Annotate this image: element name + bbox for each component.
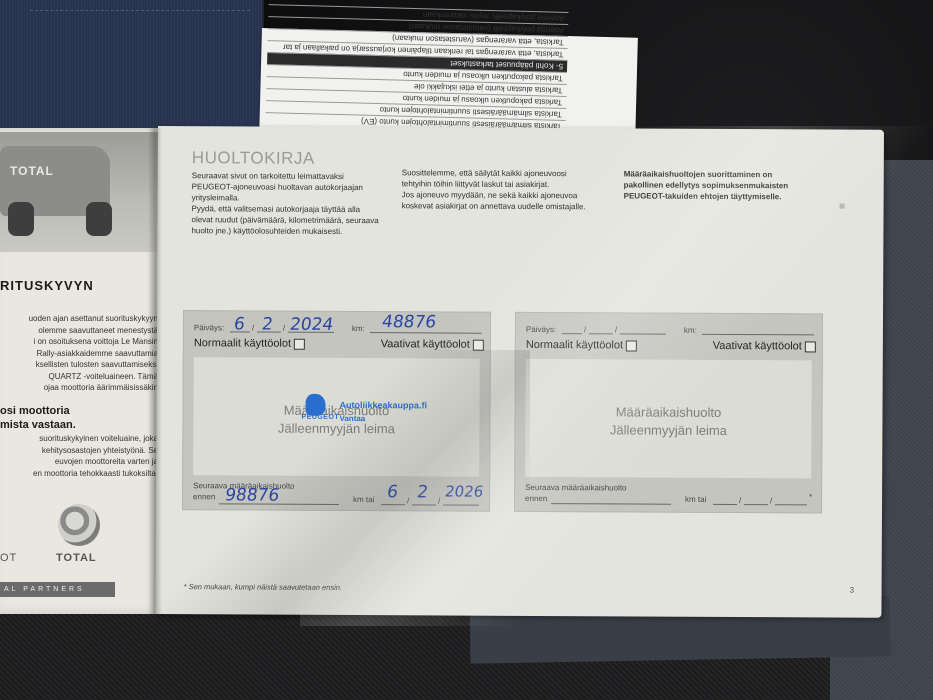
next-day-field[interactable]	[381, 504, 405, 505]
severe-conditions-label: Vaativat käyttöolot	[713, 340, 802, 352]
date-day-field[interactable]	[562, 333, 582, 334]
total-wordmark: TOTAL	[56, 552, 97, 564]
service-record-1: Päiväys: 6 / 2 / 2024 km: 48876 Normaali…	[182, 310, 491, 512]
dealer-stamp-area: Määräaikaishuolto Jälleenmyyjän leima PE…	[193, 357, 480, 476]
km-field[interactable]	[702, 334, 814, 336]
text-line: ksellisten tulosten saavuttamiseksi	[0, 359, 158, 371]
peugeot-lion-icon	[305, 394, 325, 416]
partners-band: AL PARTNERS	[0, 582, 115, 597]
stamp-line-1: Määräaikaishuolto	[525, 403, 811, 422]
conditions-row: Normaalit käyttöolot Vaativat käyttöolot	[194, 337, 484, 355]
normal-conditions-checkbox[interactable]	[294, 338, 305, 349]
checklist-rows: Tarkista silmämääräisesti suuntimintaloh…	[265, 32, 567, 132]
text-line: i on osoituksena voittoja Le Mansin	[0, 336, 158, 348]
slash: /	[770, 496, 772, 505]
dealer-stamp-city: Vantaa	[339, 414, 365, 423]
text-line: ojaa moottoria äärimmäisissäkin	[0, 382, 158, 394]
slash: /	[252, 323, 254, 332]
date-row: Päiväys: 6 / 2 / 2024 km: 48876	[194, 317, 484, 335]
text-line: PEUGEOT-takuiden ehtojen täyttymiselle.	[624, 190, 824, 202]
left-heading: RITUSKYVYN	[0, 278, 94, 293]
date-label: Päiväys:	[194, 323, 224, 332]
date-year-field[interactable]	[620, 333, 666, 334]
dealer-stamp: PEUGEOT Autoliikkeakauppa.fi Vantaa	[305, 394, 475, 435]
next-year-value: 2026	[444, 483, 485, 501]
wheel	[86, 202, 112, 236]
next-day-value: 6	[386, 482, 400, 502]
page-number: 3	[850, 586, 855, 595]
checklist-sheet: Tarkista silmämääräisesti suuntimintaloh…	[259, 28, 637, 138]
severe-conditions-checkbox[interactable]	[805, 341, 816, 352]
intro-column-2: Suosittelemme, että säilytät kaikki ajon…	[402, 167, 612, 212]
intro-column-1: Seuraavat sivut on tarkoitettu leimattav…	[191, 170, 391, 237]
asterisk: *	[809, 492, 812, 501]
next-km-field[interactable]	[551, 503, 671, 505]
text-line: olemme saavuttaneet menestystä	[0, 325, 158, 337]
navy-folder-cover	[0, 0, 264, 140]
text-line: mista vastaan.	[0, 418, 76, 432]
text-line: QUARTZ -voiteluaineen. Tämä	[0, 371, 158, 383]
corner-mark	[840, 204, 845, 209]
stamp-line-2: Jälleenmyyjän leima	[525, 421, 811, 440]
next-service-row: Seuraava määräaikaishuolto ennen 98876 k…	[193, 479, 483, 509]
book-spine	[148, 128, 162, 614]
text-line: uoden ajan asettanut suorituskykyyn	[0, 313, 158, 325]
slash: /	[584, 325, 586, 334]
severe-conditions: Vaativat käyttöolot	[713, 340, 816, 353]
dealer-stamp-area: Määräaikaishuolto Jälleenmyyjän leima	[525, 359, 812, 478]
date-row: Päiväys: / / km:	[526, 319, 816, 337]
date-label: Päiväys:	[526, 325, 556, 334]
dealer-stamp-brand: PEUGEOT	[301, 414, 339, 421]
slash: /	[739, 496, 741, 505]
intro-column-3: Määräaikaishuoltojen suorittaminen on pa…	[624, 168, 824, 202]
next-month-field[interactable]	[744, 504, 768, 505]
next-day-field[interactable]	[713, 504, 737, 505]
next-month-field[interactable]	[412, 504, 436, 505]
next-service-label: Seuraava määräaikaishuolto	[525, 483, 626, 493]
normal-conditions-checkbox[interactable]	[626, 340, 637, 351]
normal-conditions-label: Normaalit käyttöolot	[526, 339, 623, 352]
text-line: en moottoria tehokkaasti tukoksilta.	[0, 468, 158, 480]
next-service-row: Seuraava määräaikaishuolto ennen km tai …	[525, 481, 815, 511]
next-km-value: 98876	[224, 485, 281, 505]
total-logo-icon	[58, 504, 100, 546]
rally-car-photo: TOTAL	[0, 132, 160, 252]
normal-conditions-label: Normaalit käyttöolot	[194, 337, 291, 350]
text-line: suorituskykyinen voiteluaine, joka	[0, 433, 158, 445]
before-label: ennen	[193, 492, 215, 501]
dealer-stamp-name: Autoliikkeakauppa.fi	[340, 400, 428, 410]
next-year-field[interactable]	[775, 504, 807, 505]
wheel	[8, 202, 34, 236]
slash: /	[407, 496, 409, 505]
severe-conditions-label: Vaativat käyttöolot	[381, 338, 470, 350]
left-body: uoden ajan asettanut suorituskykyyn olem…	[0, 313, 158, 394]
date-month-field[interactable]	[589, 333, 613, 334]
next-year-field[interactable]	[443, 504, 479, 505]
right-page: HUOLTOKIRJA Seuraavat sivut on tarkoitet…	[155, 126, 884, 618]
text-line: kehitysosastojen yhteistyönä. Se	[0, 445, 158, 457]
km-or-label: km tai	[685, 495, 706, 504]
stamp-placeholder: Määräaikaishuolto Jälleenmyyjän leima	[525, 403, 811, 440]
severe-conditions: Vaativat käyttöolot	[381, 338, 484, 351]
severe-conditions-checkbox[interactable]	[473, 339, 484, 350]
footnote: * Sen mukaan, kumpi näistä saavutetaan e…	[184, 582, 342, 592]
text-line: osi moottoria	[0, 404, 76, 418]
left-subheading: osi moottoria mista vastaan.	[0, 404, 76, 432]
before-label: ennen	[525, 494, 547, 503]
slash: /	[283, 324, 285, 333]
km-label: km:	[352, 324, 365, 333]
text-line: euvojen moottoreita varten ja	[0, 456, 158, 468]
peugeot-wordmark: OT	[0, 552, 17, 564]
next-month-value: 2	[416, 482, 430, 502]
text-line: huolto jne.) käyttöolosuhteiden mukaises…	[191, 225, 391, 237]
km-value: 48876	[381, 312, 438, 332]
page-title: HUOLTOKIRJA	[192, 148, 315, 169]
service-record-2: Päiväys: / / km: Normaalit käyttöolot Va…	[514, 312, 823, 514]
left-page: TOTAL RITUSKYVYN uoden ajan asettanut su…	[0, 128, 160, 614]
text-line: Rally-asiakkaidemme saavuttamia	[0, 348, 158, 360]
text-line: koskevat asiakirjat on annettava uudelle…	[402, 200, 612, 212]
km-label: km:	[684, 326, 697, 335]
slash: /	[438, 496, 440, 505]
km-or-label: km tai	[353, 495, 374, 504]
folder-stitching	[30, 10, 250, 11]
slash: /	[615, 325, 617, 334]
car-livery-brand: TOTAL	[10, 164, 54, 178]
date-year-value: 2024	[289, 315, 335, 335]
left-body-2: suorituskykyinen voiteluaine, joka kehit…	[0, 433, 158, 479]
conditions-row: Normaalit käyttöolot Vaativat käyttöolot	[526, 339, 816, 357]
